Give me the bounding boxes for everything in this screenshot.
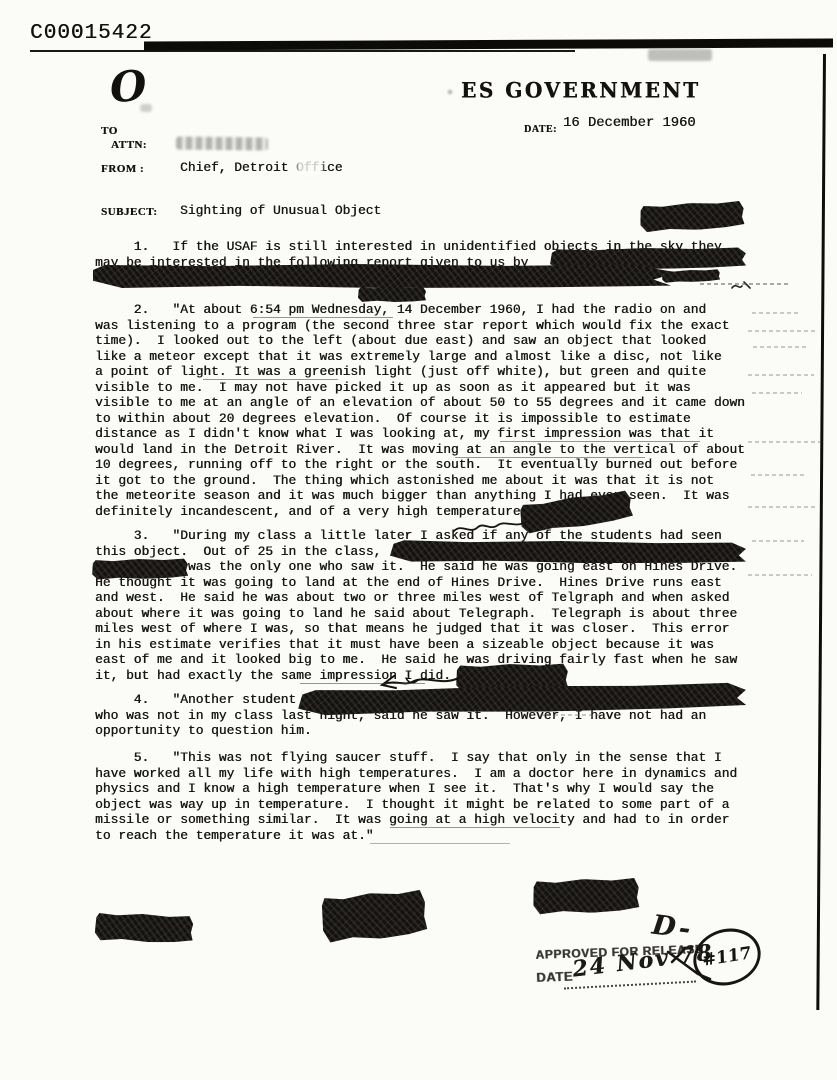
paragraph-2: 2. "At about 6:54 pm Wednesday, 14 Decem…	[95, 302, 745, 519]
redaction-bottom-left	[95, 912, 194, 943]
scan-noise	[752, 540, 804, 542]
government-letterhead-title: ES GOVERNMENT	[461, 77, 701, 102]
subject-label: SUBJECT:	[101, 206, 157, 218]
scan-underline	[300, 683, 425, 684]
redaction-p3-inline	[390, 540, 746, 564]
redaction-header-right	[639, 200, 744, 232]
scan-fade-artifact	[297, 160, 323, 175]
handwritten-arrow-p3	[378, 668, 464, 694]
scan-underline	[253, 317, 393, 318]
scan-noise	[540, 714, 600, 716]
redaction-bottom-middle	[320, 889, 428, 944]
redaction-p1-bar-tail	[662, 269, 720, 283]
scan-noise	[753, 346, 808, 348]
scan-noise	[748, 374, 814, 376]
scan-underline	[370, 843, 510, 844]
redaction-p3-line-start	[92, 558, 188, 580]
redaction-bottom-right	[532, 877, 639, 915]
date-value: 16 December 1960	[563, 116, 695, 132]
scan-noise	[700, 283, 790, 285]
scan-underline	[390, 827, 560, 828]
document-id: C00015422	[30, 22, 152, 45]
scan-noise	[752, 392, 802, 394]
scanned-memo-page: C00015422 O ES GOVERNMENT DATE: 16 Decem…	[0, 0, 837, 1080]
document-number: #117	[700, 943, 754, 970]
subject-value: Sighting of Unusual Object	[180, 203, 381, 219]
scan-noise	[748, 574, 812, 576]
page-edge-line	[816, 54, 825, 1010]
scan-underline	[455, 457, 645, 458]
header-thin-rule	[30, 50, 575, 52]
date-label: DATE:	[524, 124, 557, 135]
handwritten-squiggle-p2	[452, 515, 530, 537]
scan-noise	[752, 312, 800, 314]
scan-noise	[751, 474, 806, 476]
scan-noise	[748, 441, 820, 443]
redaction-p2-small	[358, 287, 426, 302]
attn-redacted-smudge	[176, 137, 268, 151]
from-label: FROM :	[101, 163, 144, 175]
paragraph-5: 5. "This was not flying saucer stuff. I …	[95, 750, 737, 843]
redaction-p1-full-bar	[93, 264, 677, 288]
scan-tick-mark	[730, 278, 752, 292]
header-thick-rule	[144, 38, 833, 50]
scan-smudge-top-right	[648, 49, 712, 61]
handwritten-d-mark: D-	[650, 910, 695, 946]
attn-label: ATTN:	[111, 139, 147, 151]
logo-speckle	[140, 104, 152, 112]
faint-period	[448, 90, 452, 94]
scan-underline	[203, 379, 338, 380]
scan-underline	[500, 441, 700, 442]
scan-noise	[748, 330, 818, 332]
to-label: TO	[101, 125, 118, 137]
stamp-date-label: DATE	[536, 969, 573, 985]
scan-noise	[748, 506, 816, 508]
